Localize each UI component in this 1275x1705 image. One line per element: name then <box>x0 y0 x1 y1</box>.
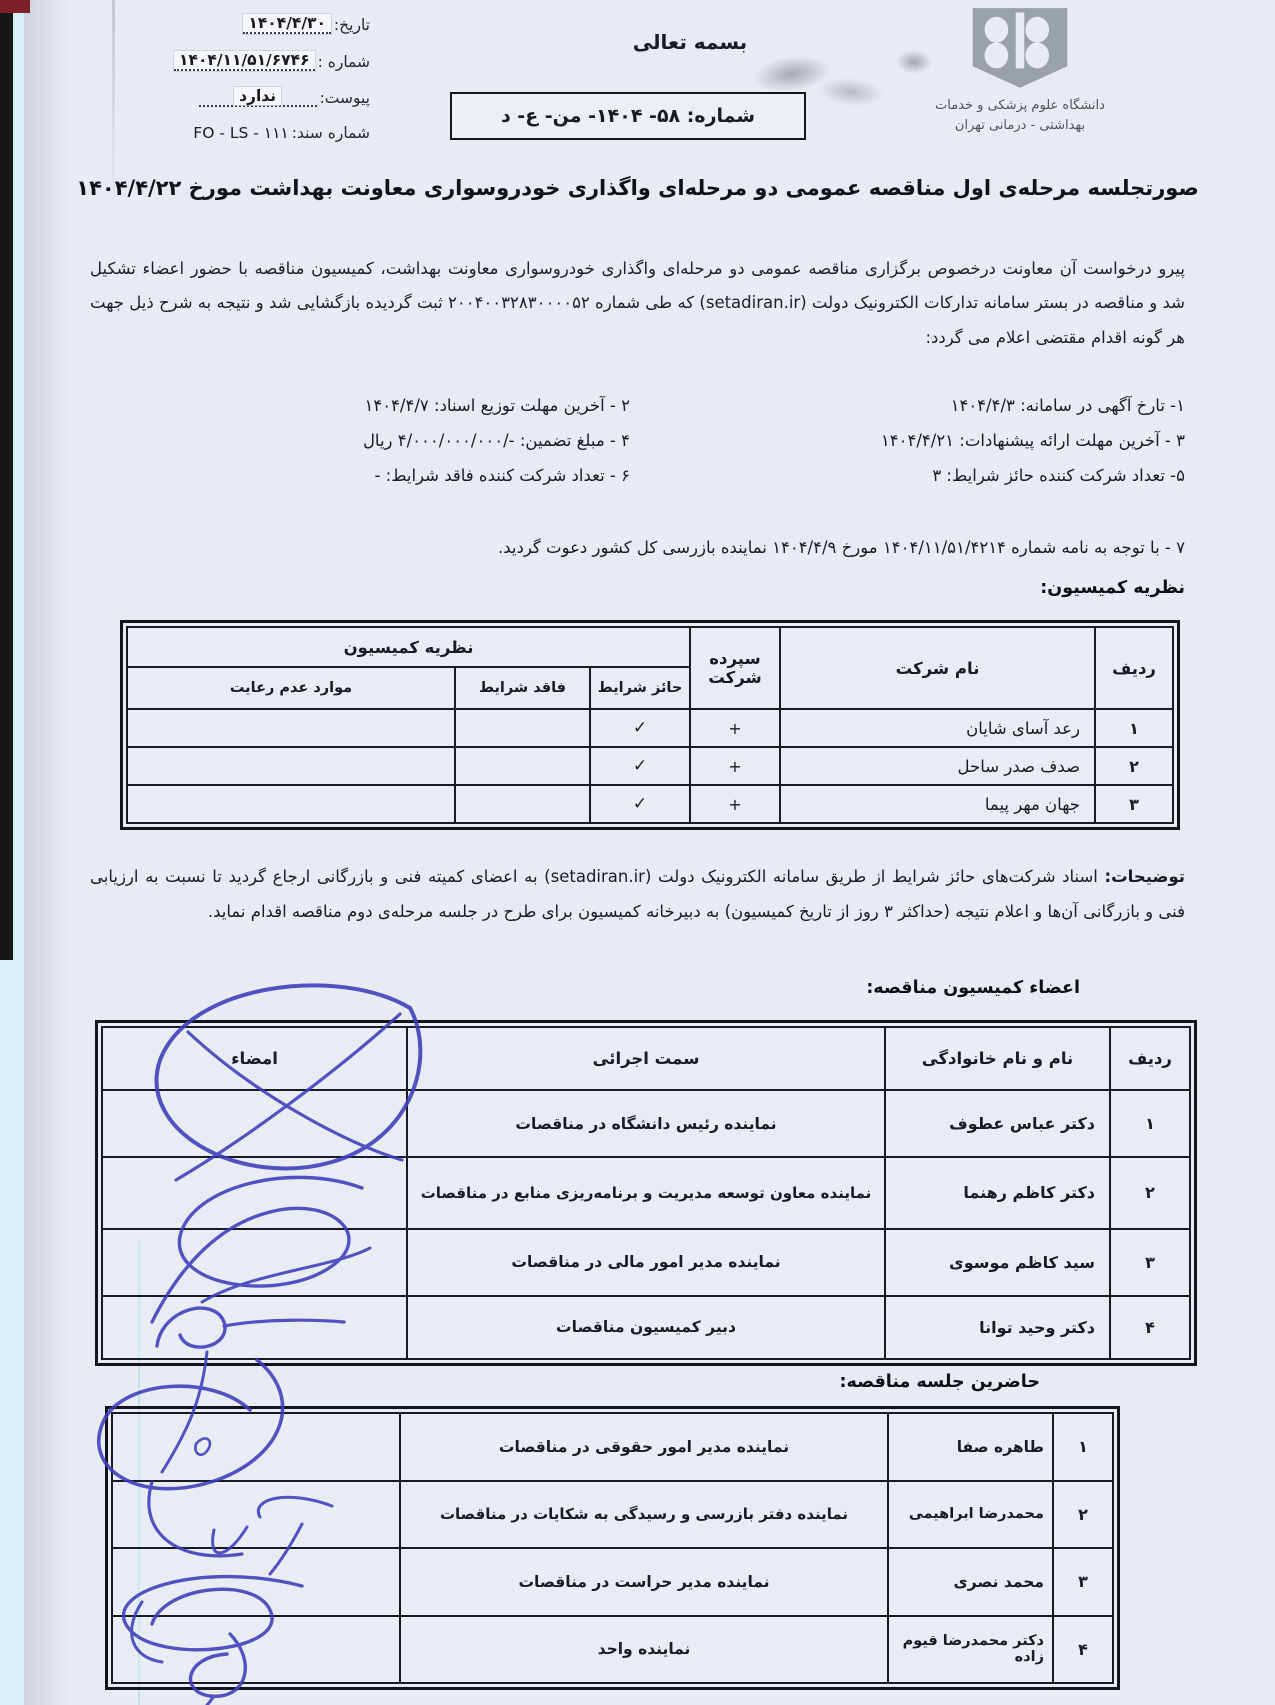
col-header-role: سمت اجرائی <box>407 1027 885 1090</box>
letter-number-label: شماره : <box>318 53 370 71</box>
doc-number-label: شماره سند: <box>292 124 370 142</box>
opinion-heading: نظریه کمیسیون: <box>1040 578 1185 598</box>
cell-row-no: ۱ <box>1053 1413 1113 1481</box>
table-row: ۴ دکتر وحید توانا دبیر کمیسیون مناقصات <box>102 1296 1190 1359</box>
doc-number-field: شماره سند: FO - LS - ۱۱۱ <box>115 124 370 142</box>
cell-violations <box>127 709 455 747</box>
cell-signature <box>112 1616 400 1684</box>
document-title: صورتجلسه مرحله‌ی اول مناقصه عمومی دو مرح… <box>60 176 1215 200</box>
cell-signature <box>112 1481 400 1549</box>
doc-number-value: FO - LS - ۱۱۱ <box>193 124 288 142</box>
table-row: ۱ طاهره صفا نماینده مدیر امور حقوقی در م… <box>112 1413 1113 1481</box>
cell-deposit: + <box>690 747 780 785</box>
university-logo-block: دانشگاه علوم پزشکی و خدمات بهداشتی - درم… <box>925 6 1115 136</box>
table-row: ۲ محمدرضا ابراهیمی نماینده دفتر بازرسی و… <box>112 1481 1113 1549</box>
intro-paragraph: پیرو درخواست آن معاونت درخصوص برگزاری من… <box>90 252 1185 355</box>
cell-row-no: ۲ <box>1110 1157 1190 1228</box>
cell-signature <box>112 1413 400 1481</box>
cell-qualified-check: ✓ <box>590 785 690 823</box>
notes-paragraph: توضیحات: اسناد شرکت‌های حائز شرایط از طر… <box>90 860 1185 930</box>
cell-member-role: دبیر کمیسیون مناقصات <box>407 1296 885 1359</box>
cell-deposit: + <box>690 785 780 823</box>
notes-text: اسناد شرکت‌های حائز شرایط از طریق سامانه… <box>90 867 1185 921</box>
col-header-company: نام شرکت <box>780 627 1095 709</box>
cell-row-no: ۴ <box>1053 1616 1113 1684</box>
table-row: ۴ دکتر محمدرضا قیوم زاده نماینده واحد <box>112 1616 1113 1684</box>
date-label: تاریخ: <box>334 16 370 34</box>
table-row: ۳ جهان مهر پیما + ✓ <box>127 785 1173 823</box>
cell-disqualified <box>455 747 590 785</box>
col-header-qualified: حائز شرایط <box>590 667 690 709</box>
members-table: ردیف نام و نام خانوادگی سمت اجرائی امضاء… <box>95 1020 1197 1366</box>
org-name-line1: دانشگاه علوم پزشکی و خدمات <box>925 96 1115 116</box>
list-item: ۴ - مبلغ تضمین: -/۴/۰۰۰/۰۰۰/۰۰۰ ریال <box>90 431 630 450</box>
cell-disqualified <box>455 709 590 747</box>
cell-attendee-name: دکتر محمدرضا قیوم زاده <box>888 1616 1053 1684</box>
table-row: ۳ محمد نصری نماینده مدیر حراست در مناقصا… <box>112 1548 1113 1616</box>
cell-member-name: دکتر کاظم رهنما <box>885 1157 1110 1228</box>
table-row: ۲ صدف صدر ساحل + ✓ <box>127 747 1173 785</box>
letter-number-field: شماره : ۱۴۰۴/۱۱/۵۱/۶۷۴۶ <box>115 51 370 71</box>
cell-signature <box>102 1090 407 1157</box>
letter-number-box: شماره: ۵۸- ۱۴۰۴- من- ع- د <box>450 92 806 140</box>
cell-attendee-name: محمدرضا ابراهیمی <box>888 1481 1053 1549</box>
cell-signature <box>112 1548 400 1616</box>
table-row: ۲ دکتر کاظم رهنما نماینده معاون توسعه مد… <box>102 1157 1190 1228</box>
attachment-value: ندارد <box>234 87 281 105</box>
col-header-name: نام و نام خانوادگی <box>885 1027 1110 1090</box>
cell-violations <box>127 747 455 785</box>
cell-row-no: ۳ <box>1110 1229 1190 1296</box>
cell-violations <box>127 785 455 823</box>
table-row: ۱ دکتر عباس عطوف نماینده رئیس دانشگاه در… <box>102 1090 1190 1157</box>
cell-row-no: ۳ <box>1095 785 1173 823</box>
attachment-line: ندارد <box>199 88 317 107</box>
cell-row-no: ۴ <box>1110 1296 1190 1359</box>
cell-member-role: نماینده مدیر امور مالی در مناقصات <box>407 1229 885 1296</box>
col-header-row-no: ردیف <box>1095 627 1173 709</box>
notes-label: توضیحات: <box>1105 867 1186 886</box>
cell-member-role: نماینده رئیس دانشگاه در مناقصات <box>407 1090 885 1157</box>
cell-qualified-check: ✓ <box>590 709 690 747</box>
cell-attendee-role: نماینده دفتر بازرسی و رسیدگی به شکایات د… <box>400 1481 888 1549</box>
cell-member-name: سید کاظم موسوی <box>885 1229 1110 1296</box>
col-header-opinion-group: نظریه کمیسیون <box>127 627 690 667</box>
col-header-deposit: سپرده شرکت <box>690 627 780 709</box>
cell-deposit: + <box>690 709 780 747</box>
members-heading: اعضاء کمیسیون مناقصه: <box>866 978 1080 998</box>
attendees-table: ۱ طاهره صفا نماینده مدیر امور حقوقی در م… <box>105 1406 1120 1690</box>
cell-qualified-check: ✓ <box>590 747 690 785</box>
cell-signature <box>102 1229 407 1296</box>
besmele-text: بسمه تعالی <box>555 30 825 54</box>
attachment-label: پیوست: <box>320 89 370 107</box>
cell-company: جهان مهر پیما <box>780 785 1095 823</box>
letter-number-value: ۱۴۰۴/۱۱/۵۱/۶۷۴۶ <box>174 51 315 71</box>
date-field: تاریخ: ۱۴۰۴/۴/۳۰ <box>115 14 370 34</box>
list-item: ۲ - آخرین مهلت توزیع اسناد: ۱۴۰۴/۴/۷ <box>90 396 630 415</box>
cell-row-no: ۱ <box>1095 709 1173 747</box>
cell-company: صدف صدر ساحل <box>780 747 1095 785</box>
cell-row-no: ۲ <box>1053 1481 1113 1549</box>
cell-member-role: نماینده معاون توسعه مدیریت و برنامه‌ریزی… <box>407 1157 885 1228</box>
cell-attendee-name: طاهره صفا <box>888 1413 1053 1481</box>
cell-signature <box>102 1157 407 1228</box>
cell-attendee-role: نماینده مدیر حراست در مناقصات <box>400 1548 888 1616</box>
attachment-field: پیوست: ندارد <box>115 88 370 107</box>
col-header-signature: امضاء <box>102 1027 407 1090</box>
cell-member-name: دکتر عباس عطوف <box>885 1090 1110 1157</box>
scanned-tender-minutes-document: تاریخ: ۱۴۰۴/۴/۳۰ شماره : ۱۴۰۴/۱۱/۵۱/۶۷۴۶… <box>0 0 1275 1705</box>
list-item: ۱- تارخ آگهی در سامانه: ۱۴۰۴/۴/۳ <box>630 396 1185 415</box>
cell-attendee-role: نماینده واحد <box>400 1616 888 1684</box>
cell-signature <box>102 1296 407 1359</box>
col-header-violations: موارد عدم رعایت <box>127 667 455 709</box>
opinion-table: ردیف نام شرکت سپرده شرکت نظریه کمیسیون ح… <box>120 620 1180 830</box>
col-header-row-no: ردیف <box>1110 1027 1190 1090</box>
list-item: ۵- تعداد شرکت کننده حائز شرایط: ۳ <box>630 466 1185 485</box>
cell-row-no: ۲ <box>1095 747 1173 785</box>
list-item: ۶ - تعداد شرکت کننده فاقد شرایط: - <box>90 466 630 485</box>
cell-attendee-role: نماینده مدیر امور حقوقی در مناقصات <box>400 1413 888 1481</box>
cell-company: رعد آسای شایان <box>780 709 1095 747</box>
cell-disqualified <box>455 785 590 823</box>
cell-attendee-name: محمد نصری <box>888 1548 1053 1616</box>
org-name-line2: بهداشتی - درمانی تهران <box>925 116 1115 136</box>
col-header-disqualified: فاقد شرایط <box>455 667 590 709</box>
document-content: تاریخ: ۱۴۰۴/۴/۳۰ شماره : ۱۴۰۴/۱۱/۵۱/۶۷۴۶… <box>0 0 1275 1705</box>
cell-row-no: ۳ <box>1053 1548 1113 1616</box>
cell-row-no: ۱ <box>1110 1090 1190 1157</box>
list-item: ۳ - آخرین مهلت ارائه پیشنهادات: ۱۴۰۴/۴/۲… <box>630 431 1185 450</box>
attendees-heading: حاضرین جلسه مناقصه: <box>839 1372 1040 1392</box>
table-row: ۳ سید کاظم موسوی نماینده مدیر امور مالی … <box>102 1229 1190 1296</box>
cell-member-name: دکتر وحید توانا <box>885 1296 1110 1359</box>
numbered-items: ۱- تارخ آگهی در سامانه: ۱۴۰۴/۴/۳ ۲ - آخر… <box>90 396 1185 485</box>
letter-meta-fields: تاریخ: ۱۴۰۴/۴/۳۰ شماره : ۱۴۰۴/۱۱/۵۱/۶۷۴۶… <box>115 14 370 159</box>
date-value: ۱۴۰۴/۴/۳۰ <box>243 14 331 34</box>
list-item: ۷ - با توجه به نامه شماره ۱۴۰۴/۱۱/۵۱/۴۲۱… <box>90 538 1185 557</box>
university-emblem-icon <box>925 6 1115 92</box>
table-row: ۱ رعد آسای شایان + ✓ <box>127 709 1173 747</box>
